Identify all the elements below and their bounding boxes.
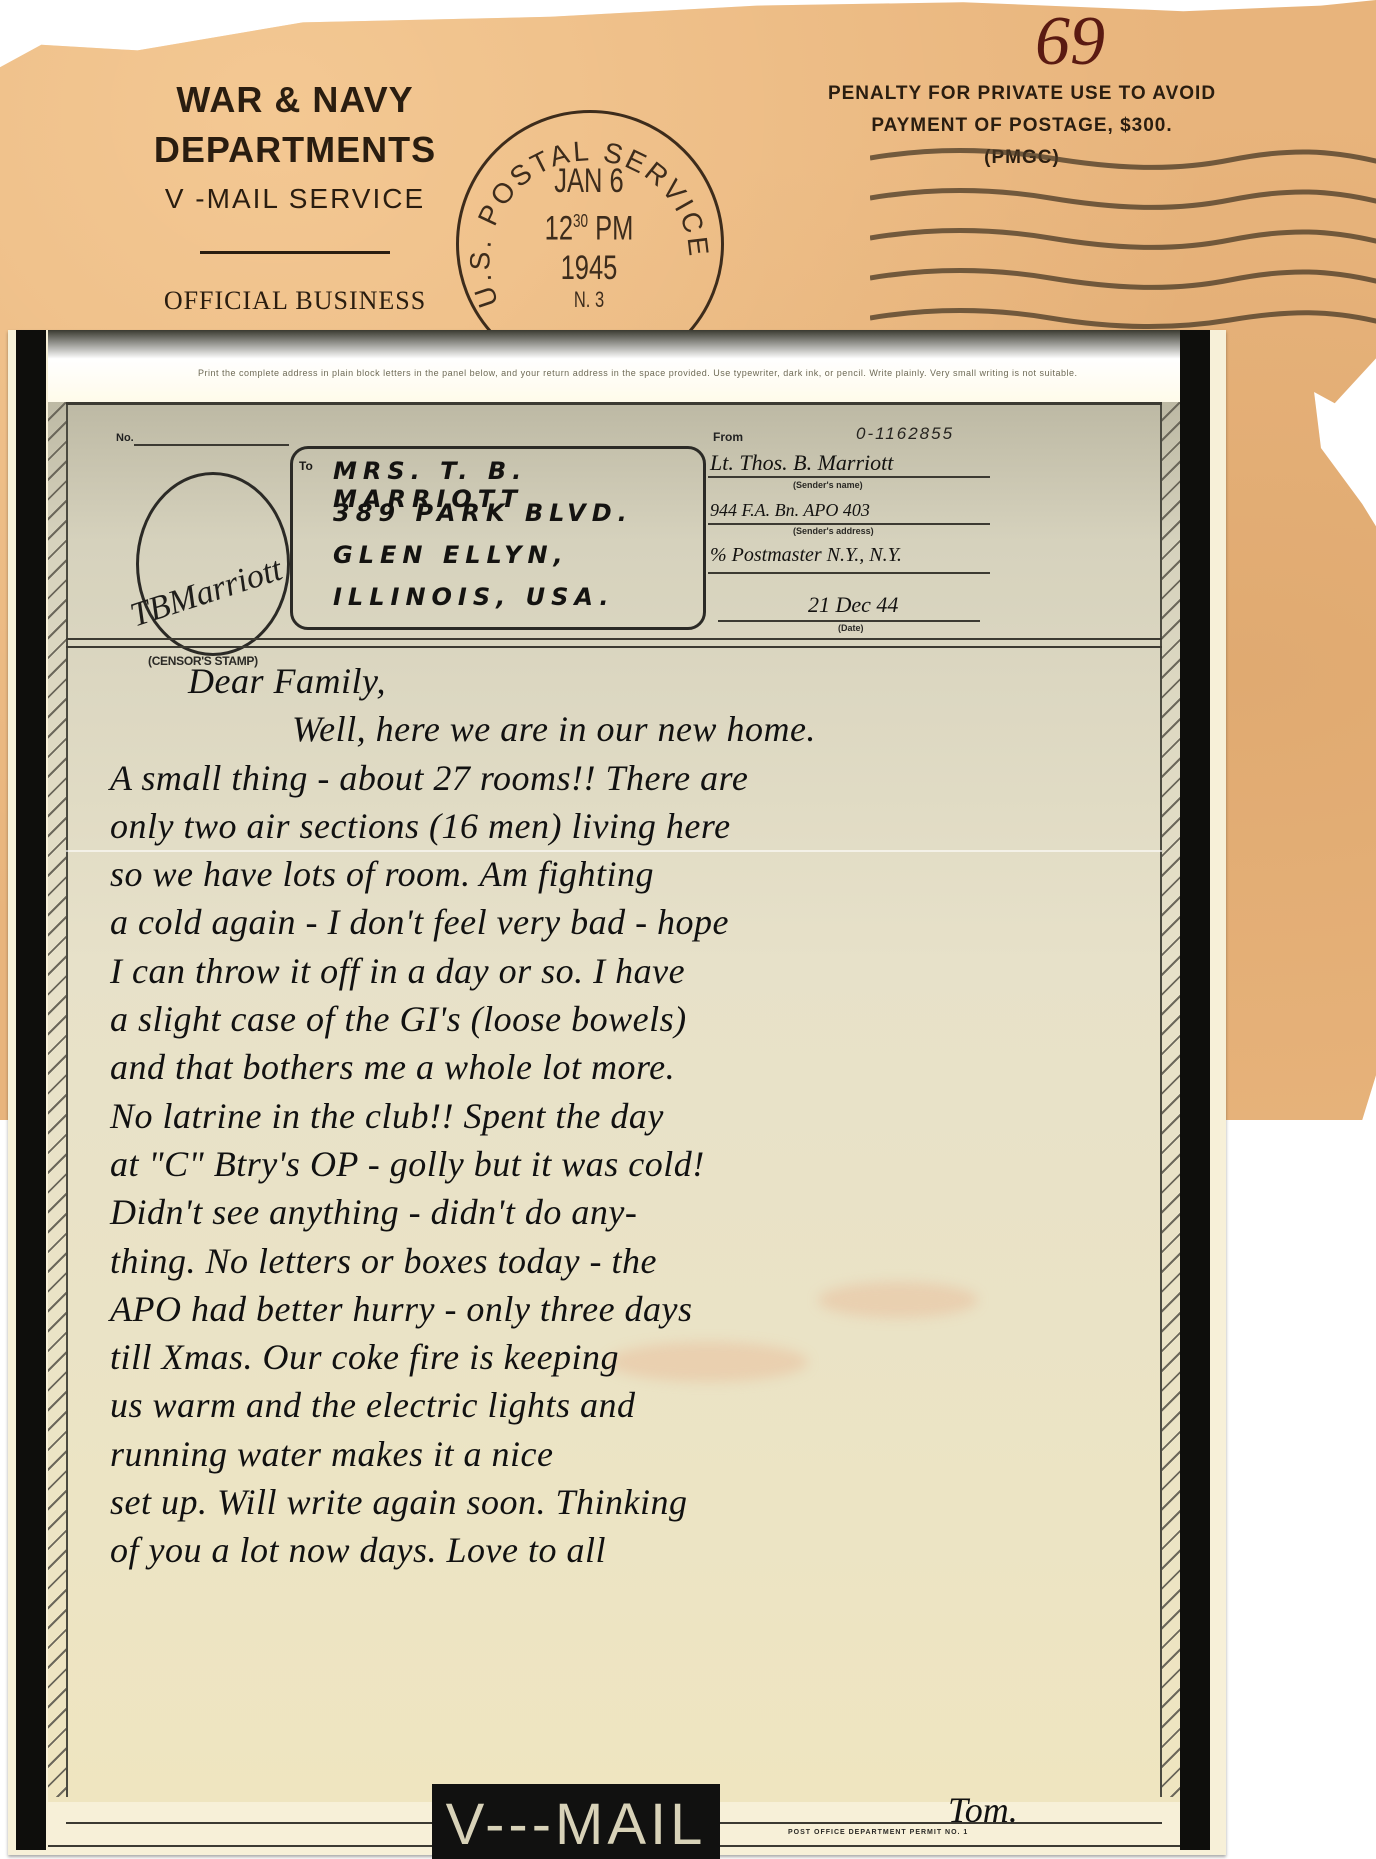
body-line: and that bothers me a whole lot more.	[110, 1043, 1190, 1091]
envelope-header: WAR & NAVY DEPARTMENTS V -MAIL SERVICE O…	[120, 75, 470, 316]
postmark-minute: 30	[573, 211, 588, 231]
body-line: so we have lots of room. Am fighting	[110, 850, 1190, 898]
sender-address-line2: % Postmaster N.Y., N.Y.	[710, 544, 902, 567]
body-line: of you a lot now days. Love to all	[110, 1526, 1190, 1574]
signature: Tom.	[948, 1789, 1018, 1831]
body-line: till Xmas. Our coke fire is keeping	[110, 1333, 1190, 1381]
body-line: APO had better hurry - only three days	[110, 1285, 1190, 1333]
envelope-header-line1: WAR & NAVY	[120, 75, 470, 125]
recipient-street: 389 PARK BLVD.	[333, 499, 633, 527]
header-separator-bottom	[66, 646, 1162, 648]
body-line: us warm and the electric lights and	[110, 1381, 1190, 1429]
letter-body: Dear Family, Well, here we are in our ne…	[110, 657, 1190, 1575]
permit-text: POST OFFICE DEPARTMENT PERMIT NO. 1	[788, 1829, 968, 1836]
postmark-year: 1945	[537, 248, 642, 288]
postmark-date: JAN 6	[537, 161, 642, 201]
sender-name-line	[708, 476, 990, 478]
date-caption: (Date)	[838, 623, 864, 633]
to-label: To	[299, 459, 313, 473]
letter-date: 21 Dec 44	[808, 592, 898, 618]
penalty-line1: PENALTY FOR PRIVATE USE TO AVOID	[762, 78, 1282, 110]
sender-address-line	[708, 523, 990, 525]
postmark-hour: 12	[545, 209, 573, 247]
pencil-number: 69	[1035, 2, 1105, 82]
recipient-address-box: To MRS. T. B. MARRIOTT 389 PARK BLVD. GL…	[290, 446, 706, 630]
body-line: I can throw it off in a day or so. I hav…	[110, 947, 1190, 995]
body-line: Didn't see anything - didn't do any-	[110, 1188, 1190, 1236]
sender-name-caption: (Sender's name)	[793, 480, 863, 490]
body-line: a cold again - I don't feel very bad - h…	[110, 898, 1190, 946]
letter-form: No. TBMarriott (CENSOR'S STAMP) To MRS. …	[48, 402, 1180, 1802]
body-line: A small thing - about 27 rooms!! There a…	[110, 754, 1190, 802]
salutation: Dear Family,	[110, 657, 1190, 705]
header-separator-top	[66, 638, 1162, 640]
sender-serial-number: 0-1162855	[856, 424, 954, 444]
wavy-cancellation-icon	[870, 120, 1376, 330]
body-line: No latrine in the club!! Spent the day	[110, 1092, 1190, 1140]
postmark-ampm: PM	[595, 209, 633, 247]
postmark-center: JAN 6 1230 PM 1945 N. 3	[537, 161, 642, 312]
vmail-letter: Print the complete address in plain bloc…	[8, 330, 1226, 1855]
body-line: thing. No letters or boxes today - the	[110, 1237, 1190, 1285]
hatched-border-left	[48, 402, 68, 1797]
body-line: only two air sections (16 men) living he…	[110, 802, 1190, 850]
body-line: set up. Will write again soon. Thinking	[110, 1478, 1190, 1526]
recipient-city: GLEN ELLYN,	[333, 541, 569, 569]
number-line	[134, 444, 289, 446]
envelope-official-business: OFFICIAL BUSINESS	[120, 286, 470, 316]
body-line: running water makes it a nice	[110, 1430, 1190, 1478]
instructions-text: Print the complete address in plain bloc…	[198, 368, 1078, 378]
vmail-logo: V---MAIL	[432, 1784, 720, 1859]
body-line: at "C" Btry's OP - golly but it was cold…	[110, 1140, 1190, 1188]
film-edge-left	[16, 330, 46, 1850]
postmark-time: 1230 PM	[537, 201, 642, 248]
body-line: a slight case of the GI's (loose bowels)	[110, 995, 1190, 1043]
from-label: From	[713, 430, 743, 444]
sender-name: Lt. Thos. B. Marriott	[710, 450, 893, 476]
sender-address-line1: 944 F.A. Bn. APO 403	[710, 500, 870, 521]
sender-address-line2-rule	[708, 572, 990, 574]
date-line	[718, 620, 980, 622]
recipient-state: ILLINOIS, USA.	[333, 583, 615, 611]
envelope-divider	[200, 251, 390, 254]
postmark-bottom: N. 3	[537, 288, 642, 312]
envelope-header-line3: V -MAIL SERVICE	[120, 183, 470, 215]
sender-address-caption: (Sender's address)	[793, 526, 874, 536]
form-top-rule	[66, 402, 1162, 405]
letter-top-strip: Print the complete address in plain bloc…	[48, 330, 1188, 402]
envelope-header-line2: DEPARTMENTS	[120, 125, 470, 175]
number-label: No.	[116, 432, 134, 444]
body-line: Well, here we are in our new home.	[110, 705, 1190, 753]
